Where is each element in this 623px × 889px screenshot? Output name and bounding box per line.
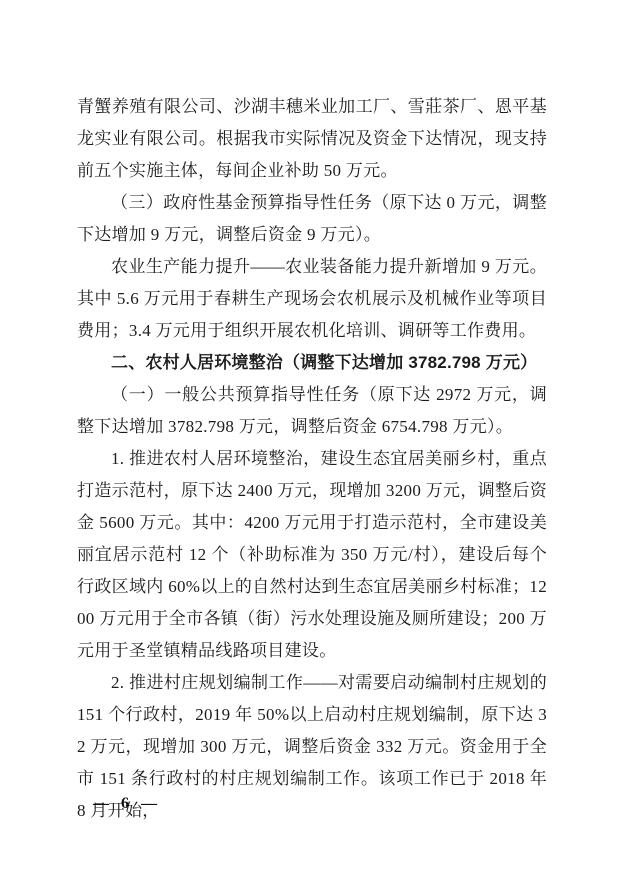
text-block: 青蟹养殖有限公司、沙湖丰穗米业加工厂、雪莊茶厂、恩平基龙实业有限公司。根据我市实… [77, 91, 547, 827]
document-page: 青蟹养殖有限公司、沙湖丰穗米业加工厂、雪莊茶厂、恩平基龙实业有限公司。根据我市实… [0, 0, 623, 889]
paragraph-section-3: （三）政府性基金预算指导性任务（原下达 0 万元，调整下达增加 9 万元，调整后… [77, 187, 547, 251]
paragraph-ag-capacity: 农业生产能力提升——农业装备能力提升新增加 9 万元。其中 5.6 万元用于春耕… [77, 251, 547, 347]
paragraph-section-1: （一）一般公共预算指导性任务（原下达 2972 万元，调整下达增加 3782.7… [77, 379, 547, 443]
page-number: — 6 — [93, 795, 161, 813]
section-heading-rural-environment: 二、农村人居环境整治（调整下达增加 3782.798 万元） [77, 347, 547, 379]
paragraph-continuation: 青蟹养殖有限公司、沙湖丰穗米业加工厂、雪莊茶厂、恩平基龙实业有限公司。根据我市实… [77, 91, 547, 187]
paragraph-item-1: 1. 推进农村人居环境整治，建设生态宜居美丽乡村，重点打造示范村，原下达 240… [77, 443, 547, 667]
